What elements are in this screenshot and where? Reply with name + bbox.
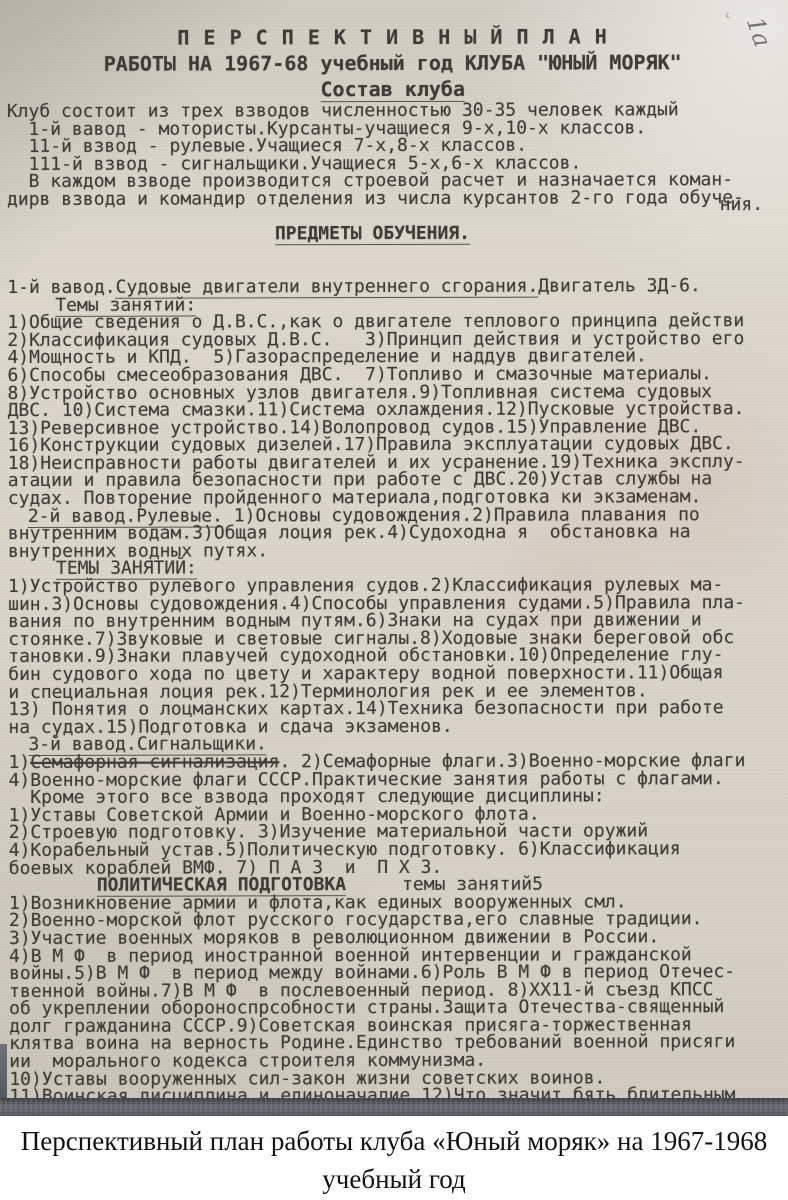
screenshot-root: ‹ 1а П Е Р С П Е К Т И В Н Ы Й П Л А Н Р… xyxy=(0,0,788,1200)
section1-heading-line: 1-й вавод.Судовые двигатели внутреннего … xyxy=(7,277,779,297)
section1-heading-rest: Двигатель ЗД-6. xyxy=(538,275,701,296)
doc-line: дирв взвода и командир отделения из числ… xyxy=(7,189,779,209)
album-backing-band xyxy=(0,1098,788,1116)
typewritten-content: П Е Р С П Е К Т И В Н Ы Й П Л А Н РАБОТЫ… xyxy=(0,0,788,1098)
caption-line-2: учебный год xyxy=(0,1160,788,1198)
club-composition-heading: Состав клуба xyxy=(320,77,465,102)
document-scan: ‹ 1а П Е Р С П Е К Т И В Н Ы Й П Л А Н Р… xyxy=(0,0,788,1098)
scan-left-edge-shadow xyxy=(0,1044,7,1098)
hyphenated-word-tail: ния. xyxy=(720,196,763,214)
subjects-heading: ПРЕДМЕТЫ ОБУЧЕНИЯ. xyxy=(275,223,470,246)
doc-title-line2: РАБОТЫ НА 1967-68 учебный год КЛУБА "ЮНЫ… xyxy=(7,49,779,77)
caption-line-1: Перспективный план работы клуба «Юный мо… xyxy=(0,1122,788,1160)
doc-title-line1: П Е Р С П Е К Т И В Н Ы Й П Л А Н xyxy=(7,23,779,51)
subjects-heading-line: ПРЕДМЕТЫ ОБУЧЕНИЯ. ния. xyxy=(7,207,779,279)
photo-caption: Перспективный план работы клуба «Юный мо… xyxy=(0,1116,788,1200)
doc-line: 11)Воинская дисциплина и единоначалие.12… xyxy=(9,1086,781,1098)
